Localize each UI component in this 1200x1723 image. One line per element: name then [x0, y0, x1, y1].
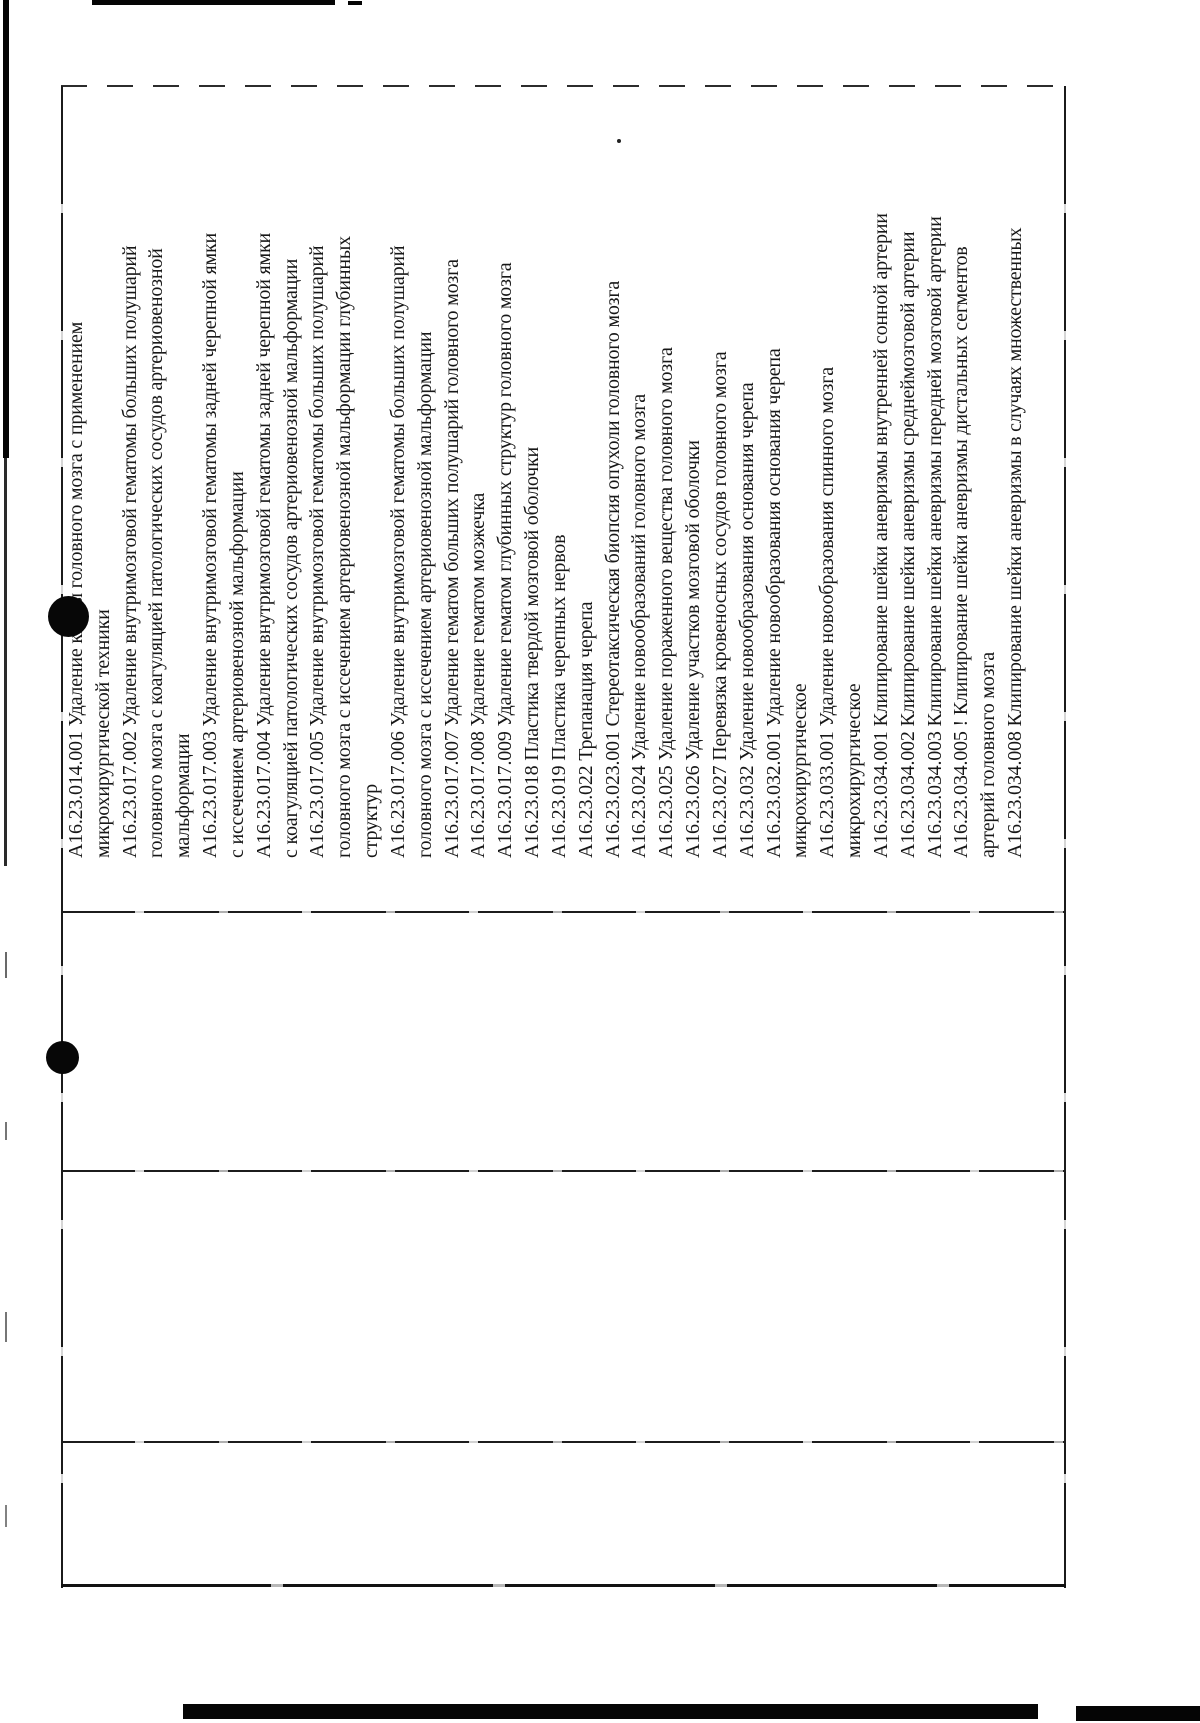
service-line: A16.23.025 Удаление пораженного вещества…: [653, 86, 680, 858]
service-line: A16.23.017.003 Удаление внутримозговой г…: [197, 86, 224, 858]
service-line: головного мозга с иссечением артериовено…: [331, 86, 358, 858]
service-line: A16.23.026 Удаление участков мозговой об…: [680, 86, 707, 858]
service-line: A16.23.017.006 Удаление внутримозговой г…: [385, 86, 412, 858]
table-rule-below-text: [61, 911, 1066, 913]
scan-edge-left-thick: [3, 0, 9, 458]
service-line: A16.23.018 Пластика твердой мозговой обо…: [519, 86, 546, 858]
service-line: мальформации: [170, 86, 197, 858]
service-line: A16.23.019 Пластика черепных нервов: [546, 86, 573, 858]
service-line: A16.23.017.005 Удаление внутримозговой г…: [304, 86, 331, 858]
service-line: A16.23.034.001 Клипирование шейки аневри…: [868, 86, 895, 858]
service-line: A16.23.027 Перевязка кровеносных сосудов…: [707, 86, 734, 858]
service-line: A16.23.034.003 Клипирование шейки аневри…: [922, 86, 949, 858]
service-line: микрохирургической техники: [90, 86, 117, 858]
service-line: A16.23.024 Удаление новообразований голо…: [626, 86, 653, 858]
scanned-document-page: A16.23.014.001 Удаление кисты головного …: [0, 0, 1200, 1723]
service-line: A16.23.017.009 Удаление гематом глубинны…: [492, 86, 519, 858]
table-rule-middle: [61, 1170, 1066, 1172]
scan-edge-left-thin: [4, 458, 7, 866]
scan-edge-top-mark: [348, 1, 362, 5]
service-line: A16.23.014.001 Удаление кисты головного …: [63, 86, 90, 858]
scan-edge-left-dash-1: [5, 952, 7, 978]
scan-edge-left-dash-3: [5, 1312, 7, 1342]
service-line: артерий головного мозга: [975, 86, 1002, 858]
punch-hole-mark: [46, 1041, 79, 1074]
service-line: A16.23.017.008 Удаление гематом мозжечка: [465, 86, 492, 858]
table-border-right: [1064, 86, 1066, 1588]
scan-edge-left-dash-2: [5, 1122, 7, 1140]
scan-edge-bottom-bar-right: [1076, 1706, 1200, 1721]
service-line: A16.23.022 Трепанация черепа: [573, 86, 600, 858]
scan-edge-left-dash-4: [5, 1505, 7, 1527]
service-line: A16.23.034.005 ! Клипирование шейки анев…: [948, 86, 975, 858]
service-line: с иссечением артериовенозной мальформаци…: [224, 86, 251, 858]
service-line: A16.23.032.001 Удаление новообразования …: [761, 86, 788, 858]
service-line: A16.23.017.007 Удаление гематом больших …: [439, 86, 466, 858]
service-line: головного мозга с коагуляцией патологиче…: [143, 86, 170, 858]
service-line: A16.23.023.001 Стереотаксическая биопсия…: [600, 86, 627, 858]
ink-blot-on-first-line: [48, 596, 89, 637]
table-rule-lower: [61, 1441, 1066, 1443]
service-line: A16.23.032 Удаление новообразования осно…: [734, 86, 761, 858]
table-border-bottom: [61, 1584, 1066, 1587]
service-line: головного мозга с иссечением артериовено…: [412, 86, 439, 858]
scan-edge-top-bar: [92, 0, 335, 5]
service-line: микрохирургическое: [841, 86, 868, 858]
service-line: A16.23.017.004 Удаление внутримозговой г…: [251, 86, 278, 858]
service-list: A16.23.014.001 Удаление кисты головного …: [63, 86, 1029, 858]
service-line: микрохирургическое: [787, 86, 814, 858]
service-line: A16.23.033.001 Удаление новообразования …: [814, 86, 841, 858]
service-line: A16.23.034.008 Клипирование шейки аневри…: [1002, 86, 1029, 858]
scan-edge-bottom-bar-left: [183, 1704, 1038, 1719]
service-line: с коагуляцией патологических сосудов арт…: [278, 86, 305, 858]
service-line: A16.23.017.002 Удаление внутримозговой г…: [117, 86, 144, 858]
service-line: структур: [358, 86, 385, 858]
service-line: A16.23.034.002 Клипирование шейки аневри…: [895, 86, 922, 858]
